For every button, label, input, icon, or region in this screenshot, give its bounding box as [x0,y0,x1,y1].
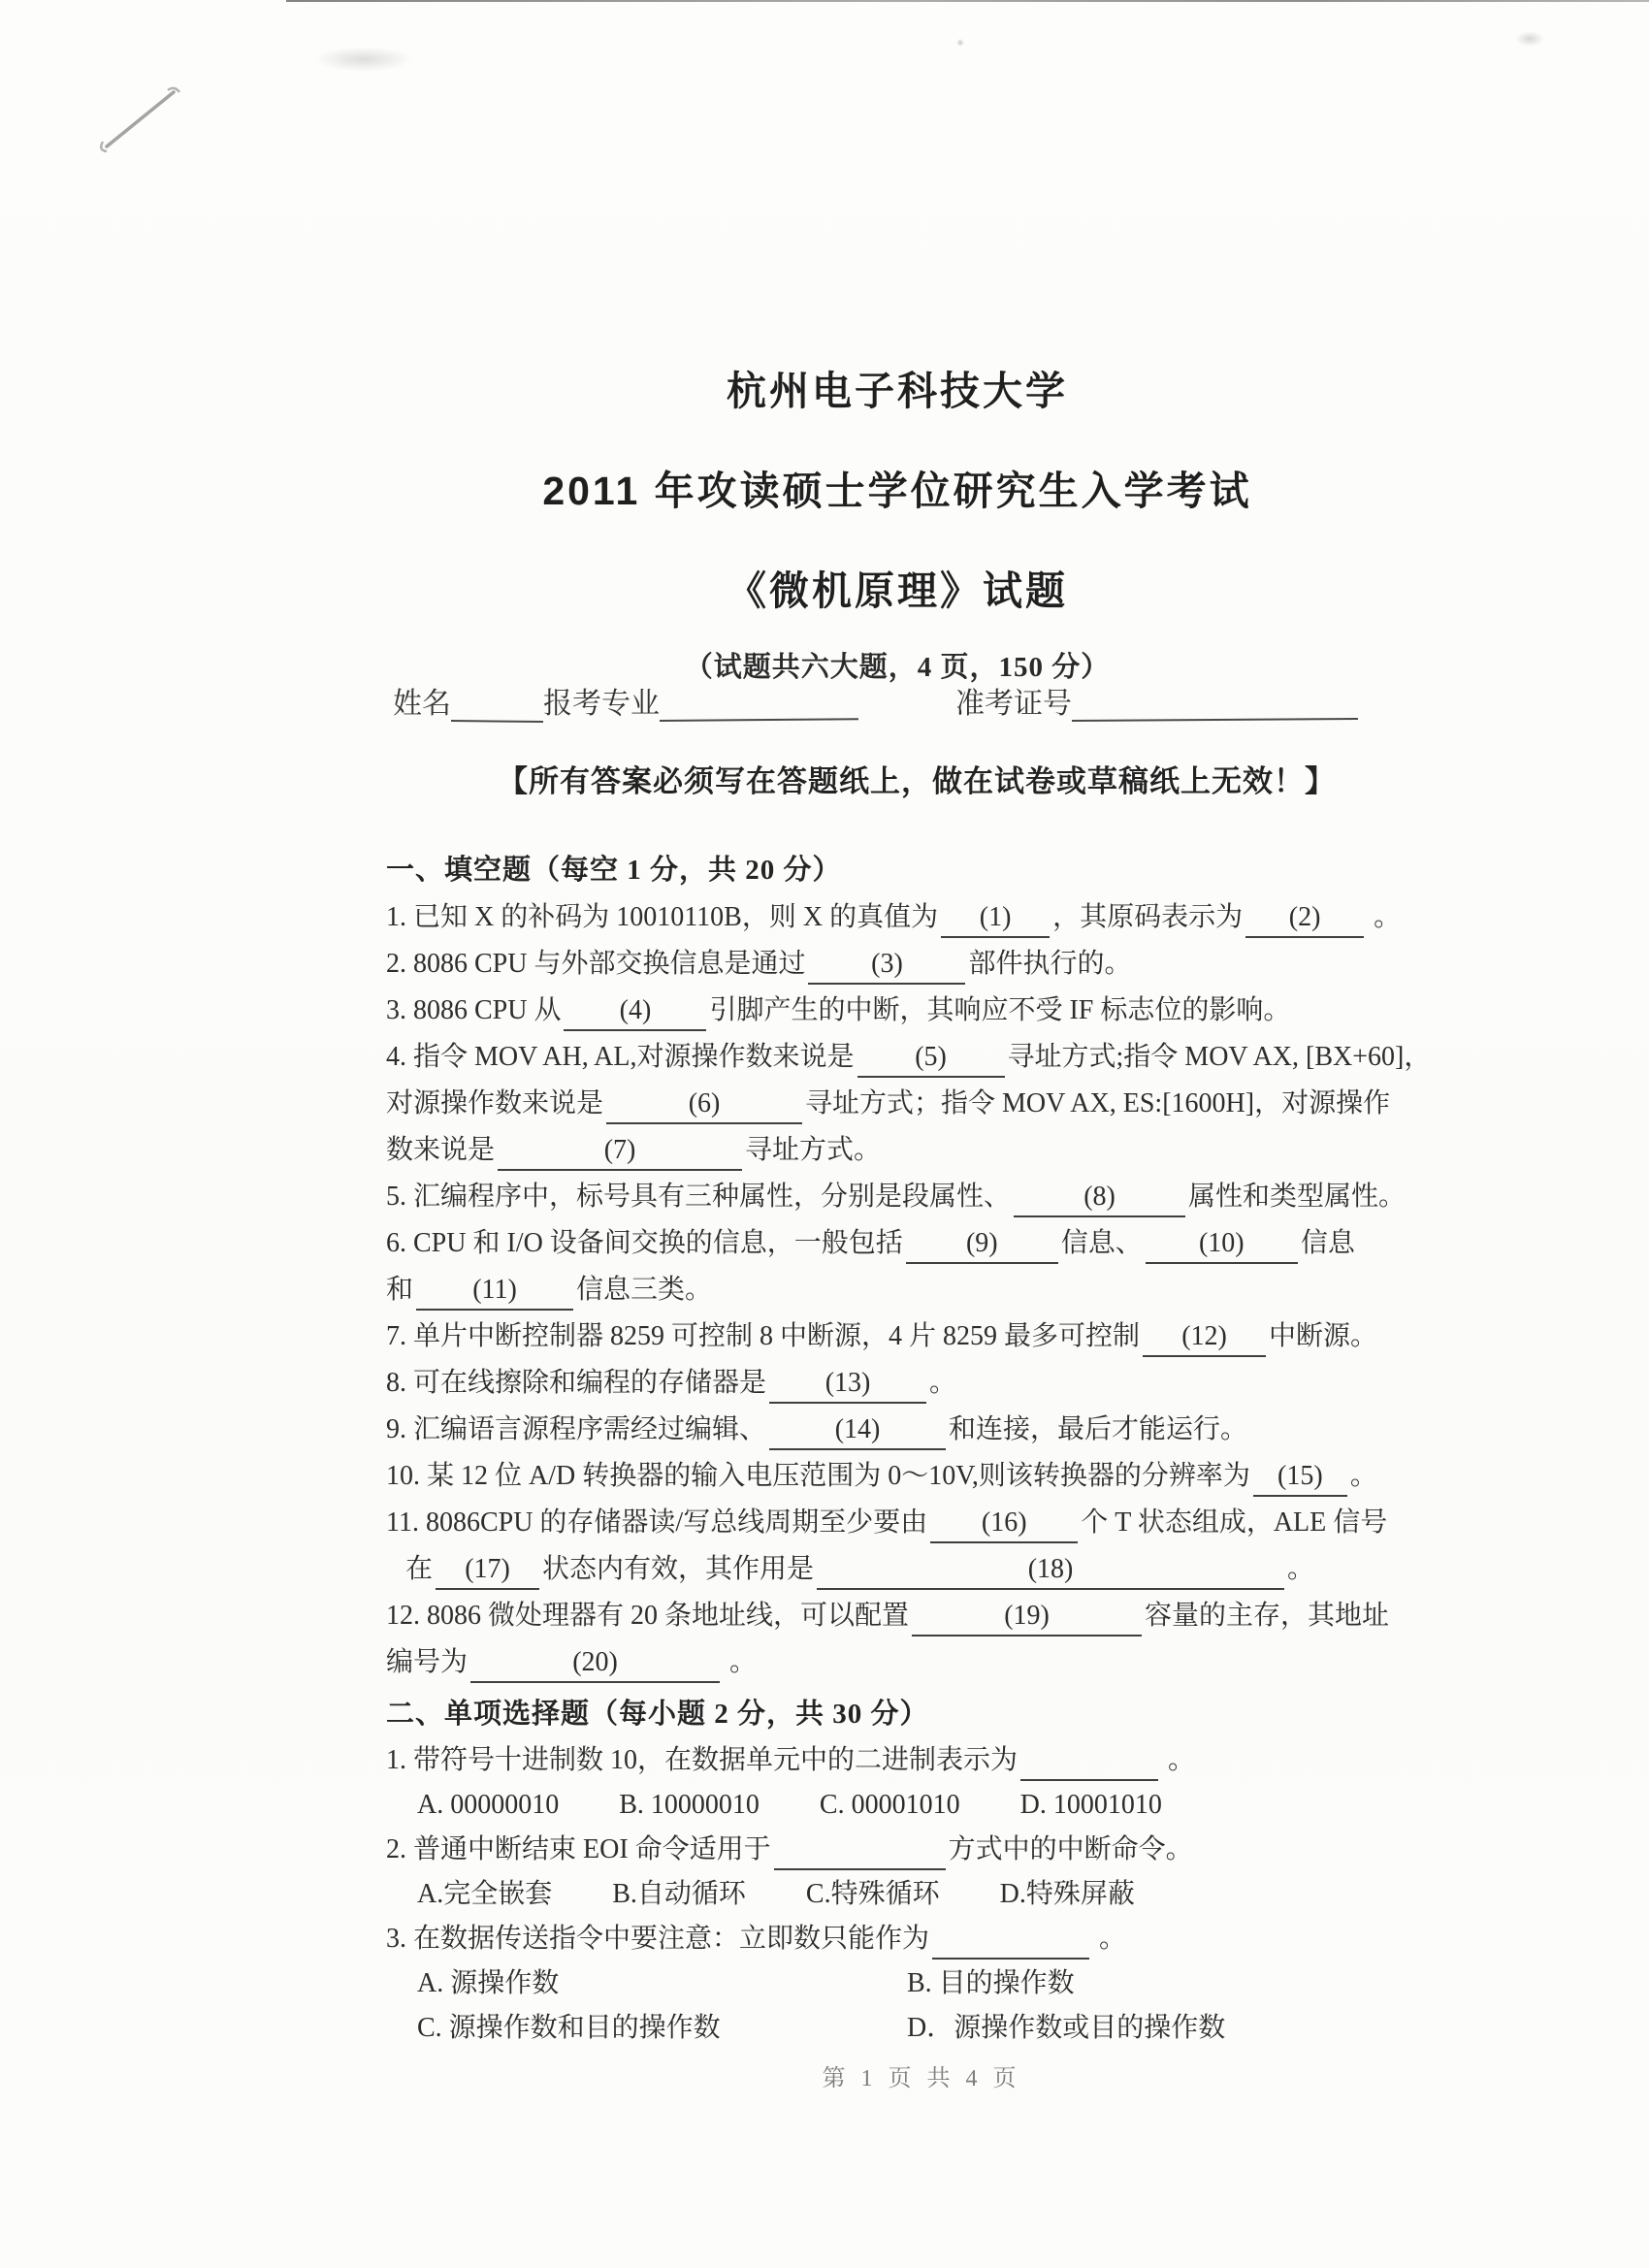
fill-question-line: 12. 8086 微处理器有 20 条地址线，可以配置(19)容量的主存，其地址 [386,1593,1463,1639]
admission-no-blank-line [1072,687,1358,722]
pen-scratch-line [92,80,193,161]
candidate-info-row: 姓名报考专业准考证号 [393,679,1460,722]
question-text: 10. 某 12 位 A/D 转换器的输入电压范围为 0～10V,则该转换器的分… [386,1461,1250,1491]
university-name: 杭州电子科技大学 [194,359,1600,416]
choice-option: D. 10001010 [1020,1783,1162,1828]
question-text: 中断源。 [1269,1321,1377,1351]
fill-blank [932,1923,1089,1960]
question-text: 编号为 [386,1647,468,1677]
name-label: 姓名 [393,688,451,720]
choice-items-container: 1. 带符号十进制数 10，在数据单元中的二进制表示为 。A. 00000010… [386,1738,1463,2051]
fill-blank: (1) [941,901,1050,938]
fill-question-line: 4. 指令 MOV AH, AL,对源操作数来说是(5)寻址方式;指令 MOV … [386,1034,1463,1081]
question-text: 。 [1161,1745,1195,1775]
choice-options: A.完全嵌套B.自动循环C.特殊循环D.特殊屏蔽 [386,1872,1463,1917]
choice-option: B. 10000010 [619,1783,760,1828]
question-text: 寻址方式；指令 MOV AX, ES:[1600H]，对源操作 [805,1088,1390,1118]
choice-option: C.特殊循环 [806,1872,940,1917]
choice-question-stem: 3. 在数据传送指令中要注意：立即数只能作为 。 [386,1917,1463,1961]
page-number-footer: 第 1 页 共 4 页 [204,2058,1639,2092]
question-text: 和连接，最后才能运行。 [949,1414,1247,1444]
fill-blank: (10) [1146,1227,1298,1264]
question-text: 属性和类型属性。 [1188,1182,1406,1212]
question-text: 3. 在数据传送指令中要注意：立即数只能作为 [386,1924,929,1954]
fill-question-line: 11. 8086CPU 的存储器读/写总线周期至少要由(16)个 T 状态组成，… [386,1500,1463,1546]
fill-blank: (8) [1014,1181,1185,1217]
question-text: 寻址方式。 [745,1135,881,1165]
fill-blank [1020,1744,1158,1781]
question-text: 个 T 状态组成，ALE 信号 [1081,1507,1387,1538]
fill-blank: (16) [930,1507,1078,1543]
fill-question-line: 数来说是(7)寻址方式。 [386,1127,1463,1174]
choice-option: C. 00001010 [820,1783,960,1828]
question-text: 4. 指令 MOV AH, AL,对源操作数来说是 [386,1042,855,1072]
fill-question-line: 编号为(20) 。 [386,1639,1463,1686]
question-text: 方式中的中断命令。 [949,1834,1193,1864]
question-text: 8. 可在线擦除和编程的存储器是 [386,1368,766,1398]
pen-scratch-mark [92,80,193,161]
fill-in-blank-section: 一、填空题（每空 1 分，共 20 分） 1. 已知 X 的补码为 100101… [386,846,1463,1686]
scan-smudge [1515,31,1544,47]
question-text: 在 [405,1554,433,1584]
question-text: 寻址方式;指令 MOV AX, [BX+60]， [1008,1042,1432,1072]
question-text: 对源操作数来说是 [386,1088,603,1118]
fill-blank: (6) [606,1087,802,1124]
question-text: 信息、 [1061,1228,1143,1258]
question-text: 部件执行的。 [968,949,1131,979]
fill-blank: (13) [769,1367,926,1404]
choice-option: B. 目的操作数 [907,1961,1463,2006]
question-text: 信息三类。 [576,1275,712,1305]
multiple-choice-section: 二、单项选择题（每小题 2 分，共 30 分） 1. 带符号十进制数 10，在数… [386,1690,1463,2051]
question-text: 容量的主存，其地址 [1145,1601,1389,1631]
choice-section-heading: 二、单项选择题（每小题 2 分，共 30 分） [386,1690,1463,1738]
scan-edge-artifact [286,0,1649,2]
fill-question-line: 在(17)状态内有效，其作用是(18)。 [386,1546,1463,1593]
fill-blank: (20) [470,1646,720,1683]
fill-question-line: 5. 汇编程序中，标号具有三种属性，分别是段属性、(8)属性和类型属性。 [386,1174,1463,1220]
question-text: 2. 8086 CPU 与外部交换信息是通过 [386,949,805,979]
fill-blank: (7) [498,1134,742,1171]
fill-question-line: 和(11)信息三类。 [386,1267,1463,1313]
fill-blank [774,1833,946,1870]
fill-question-line: 3. 8086 CPU 从(4)引脚产生的中断，其响应不受 IF 标志位的影响。 [386,988,1463,1034]
question-text: 。 [1092,1924,1126,1954]
fill-lines-container: 1. 已知 X 的补码为 10010110B，则 X 的真值为(1)，其原码表示… [386,894,1463,1686]
question-text: 5. 汇编程序中，标号具有三种属性，分别是段属性、 [386,1182,1011,1212]
question-text: 1. 带符号十进制数 10，在数据单元中的二进制表示为 [386,1745,1018,1775]
fill-blank: (18) [817,1553,1284,1590]
question-text: 9. 汇编语言源程序需经过编辑、 [386,1414,766,1444]
question-text: 。 [1367,902,1401,932]
choice-option: A. 源操作数 [417,1961,907,2006]
fill-blank: (19) [912,1600,1142,1636]
fill-blank: (17) [436,1553,539,1590]
question-text: 信息 [1301,1228,1355,1258]
question-text: 。 [1287,1554,1314,1584]
question-text: 。 [1350,1461,1377,1491]
fill-question-line: 6. CPU 和 I/O 设备间交换的信息，一般包括(9)信息、(10)信息 [386,1220,1463,1267]
fill-blank: (12) [1143,1320,1266,1357]
major-blank-line [660,687,858,722]
question-text: 。 [929,1368,956,1398]
fill-blank: (9) [906,1227,1058,1264]
fill-question-line: 8. 可在线擦除和编程的存储器是(13)。 [386,1360,1463,1407]
question-text: 2. 普通中断结束 EOI 命令适用于 [386,1834,771,1864]
fill-blank: (2) [1245,901,1364,938]
question-text: 状态内有效，其作用是 [542,1554,814,1584]
choice-question-stem: 2. 普通中断结束 EOI 命令适用于 方式中的中断命令。 [386,1828,1463,1872]
choice-option: B.自动循环 [612,1872,746,1917]
fill-blank: (4) [564,994,706,1031]
exam-paper-page: 杭州电子科技大学 2011 年攻读硕士学位研究生入学考试 《微机原理》试题 （试… [0,0,1649,2268]
choice-option: D．源操作数或目的操作数 [907,2006,1463,2051]
choice-option: C. 源操作数和目的操作数 [417,2006,907,2051]
fill-section-heading: 一、填空题（每空 1 分，共 20 分） [386,846,1463,894]
fill-question-line: 2. 8086 CPU 与外部交换信息是通过(3)部件执行的。 [386,941,1463,988]
admission-no-label: 准考证号 [955,688,1072,720]
choice-option: A. 00000010 [417,1783,559,1828]
fill-question-line: 对源操作数来说是(6)寻址方式；指令 MOV AX, ES:[1600H]，对源… [386,1081,1463,1127]
choice-options: A. 源操作数B. 目的操作数C. 源操作数和目的操作数D．源操作数或目的操作数 [386,1961,1463,2051]
scan-smudge [956,39,964,47]
subject-title: 《微机原理》试题 [194,559,1600,616]
answer-sheet-notice: 【所有答案必须写在答题纸上，做在试卷或草稿纸上无效！】 [383,757,1450,800]
question-text: ，其原码表示为 [1052,902,1243,932]
question-text: 。 [723,1647,757,1677]
question-text: 和 [386,1275,413,1305]
question-text: 引脚产生的中断，其响应不受 IF 标志位的影响。 [709,995,1290,1025]
fill-blank: (15) [1253,1460,1347,1497]
choice-options: A. 00000010B. 10000010C. 00001010D. 1000… [386,1783,1463,1828]
fill-blank: (14) [769,1413,946,1450]
fill-blank: (11) [416,1274,573,1311]
choice-question-stem: 1. 带符号十进制数 10，在数据单元中的二进制表示为 。 [386,1738,1463,1783]
question-text: 7. 单片中断控制器 8259 可控制 8 中断源，4 片 8259 最多可控制 [386,1321,1140,1351]
name-blank-line [451,689,543,723]
question-text: 12. 8086 微处理器有 20 条地址线，可以配置 [386,1601,909,1631]
exam-title: 2011 年攻读硕士学位研究生入学考试 [194,459,1600,516]
fill-blank: (3) [808,948,965,985]
fill-question-line: 7. 单片中断控制器 8259 可控制 8 中断源，4 片 8259 最多可控制… [386,1313,1463,1360]
scan-smudge [315,47,412,72]
fill-question-line: 1. 已知 X 的补码为 10010110B，则 X 的真值为(1)，其原码表示… [386,894,1463,941]
question-text: 1. 已知 X 的补码为 10010110B，则 X 的真值为 [386,902,938,932]
question-text: 数来说是 [386,1135,495,1165]
choice-option: D.特殊屏蔽 [1000,1872,1135,1917]
fill-blank: (5) [857,1041,1005,1078]
fill-question-line: 10. 某 12 位 A/D 转换器的输入电压范围为 0～10V,则该转换器的分… [386,1453,1463,1500]
fill-question-line: 9. 汇编语言源程序需经过编辑、(14)和连接，最后才能运行。 [386,1407,1463,1453]
question-text: 6. CPU 和 I/O 设备间交换的信息，一般包括 [386,1228,903,1258]
choice-option: A.完全嵌套 [417,1872,552,1917]
major-label: 报考专业 [543,688,660,720]
exam-header: 杭州电子科技大学 2011 年攻读硕士学位研究生入学考试 《微机原理》试题 （试… [194,359,1600,685]
question-text: 3. 8086 CPU 从 [386,995,561,1025]
question-text: 11. 8086CPU 的存储器读/写总线周期至少要由 [386,1507,927,1538]
